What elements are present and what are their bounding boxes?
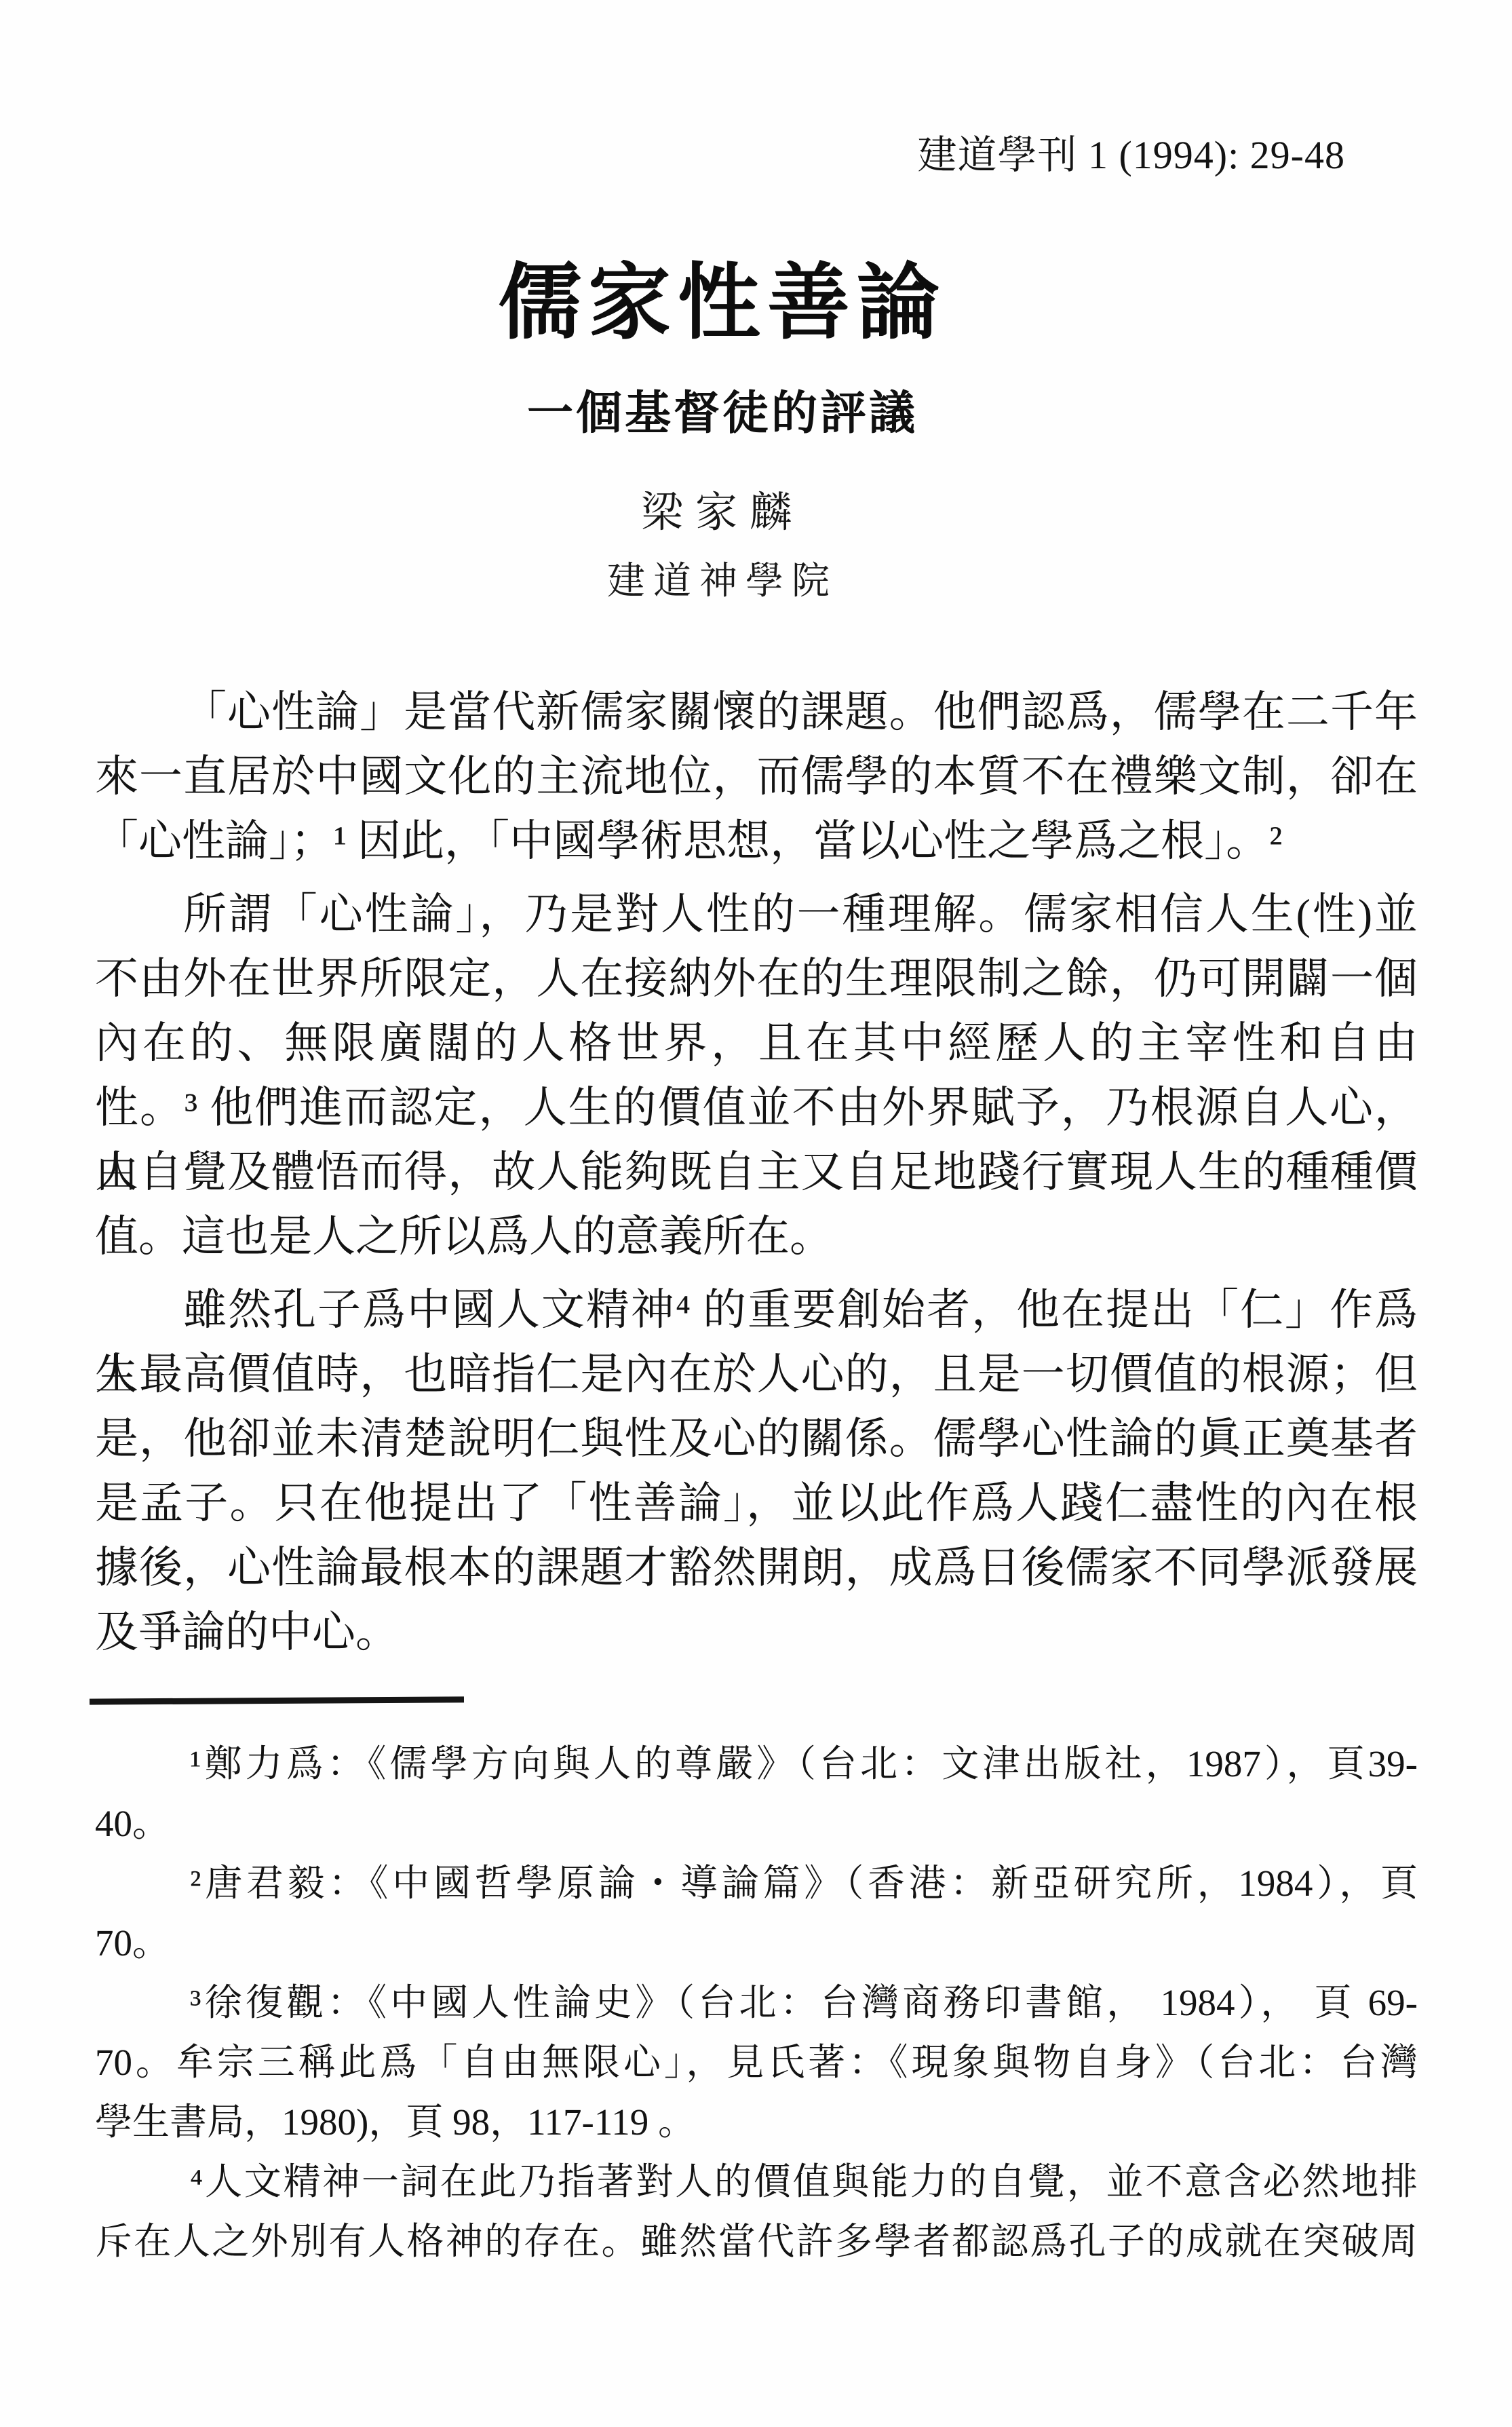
- scanned-page: 建道學刊 1 (1994): 29-48 儒家性善論 一個基督徒的評議 梁家麟 …: [0, 0, 1512, 2427]
- footnotes-block: ¹鄭力爲：《儒學方向與人的尊嚴》（台北：文津出版社，1987），頁39- 40。…: [95, 1734, 1418, 2272]
- footnote-line: 70。牟宗三稱此爲「自由無限心」，見氏著：《現象與物自身》（台北：台灣: [95, 2033, 1418, 2092]
- paragraph-line: 及爭論的中心。: [95, 1600, 1418, 1664]
- footnote-line: 40。: [95, 1794, 1418, 1854]
- paragraph-line: 不由外在世界所限定，人在接納外在的生理限制之餘，仍可開闢一個: [95, 947, 1418, 1011]
- footnote-line: 學生書局，1980)，頁 98，117-119 。: [95, 2092, 1418, 2152]
- paragraph-line: 人自覺及體悟而得，故人能夠既自主又自足地踐行實現人生的種種價: [95, 1140, 1418, 1204]
- article-title: 儒家性善論: [61, 248, 1384, 357]
- paragraph-line: 雖然孔子爲中國人文精神⁴ 的重要創始者，他在提出「仁」作爲人: [95, 1278, 1418, 1342]
- footnote-line: 斥在人之外別有人格神的存在。雖然當代許多學者都認爲孔子的成就在突破周: [95, 2212, 1418, 2272]
- footnote-line: 70。: [95, 1913, 1418, 1973]
- journal-citation: 建道學刊 1 (1994): 29-48: [917, 133, 1345, 178]
- footnote-line: ³徐復觀：《中國人性論史》（台北：台灣商務印書館， 1984）， 頁 69-: [95, 1973, 1418, 2033]
- footnote-line: ²唐君毅：《中國哲學原論・導論篇》（香港：新亞研究所，1984），頁: [95, 1854, 1418, 1913]
- paragraph-line: 內在的、無限廣闊的人格世界，且在其中經歷人的主宰性和自由: [95, 1011, 1418, 1075]
- body-paragraph: 雖然孔子爲中國人文精神⁴ 的重要創始者，他在提出「仁」作爲人 生最高價值時，也暗…: [95, 1278, 1418, 1664]
- paragraph-line: 值。這也是人之所以爲人的意義所在。: [95, 1204, 1418, 1269]
- paragraph-line: 是孟子。只在他提出了「性善論」，並以此作爲人踐仁盡性的內在根: [95, 1471, 1418, 1535]
- footnote-separator: [90, 1696, 464, 1704]
- body-paragraph: 「心性論」是當代新儒家關懷的課題。他們認爲，儒學在二千年 來一直居於中國文化的主…: [95, 680, 1418, 873]
- article-body: 「心性論」是當代新儒家關懷的課題。他們認爲，儒學在二千年 來一直居於中國文化的主…: [95, 680, 1418, 1664]
- footnote-line: ¹鄭力爲：《儒學方向與人的尊嚴》（台北：文津出版社，1987），頁39-: [95, 1734, 1418, 1794]
- author-affiliation: 建道神學院: [61, 555, 1384, 608]
- paragraph-line: 性。³ 他們進而認定，人生的價值並不由外界賦予，乃根源自人心，由: [95, 1075, 1418, 1140]
- body-paragraph: 所謂「心性論」，乃是對人性的一種理解。儒家相信人生(性)並 不由外在世界所限定，…: [95, 882, 1418, 1269]
- paragraph-line: 「心性論」；¹ 因此，「中國學術思想，當以心性之學爲之根」。²: [95, 809, 1418, 873]
- paragraph-line: 所謂「心性論」，乃是對人性的一種理解。儒家相信人生(性)並: [95, 882, 1418, 947]
- paragraph-line: 是，他卻並未清楚說明仁與性及心的關係。儒學心性論的眞正奠基者: [95, 1407, 1418, 1471]
- paragraph-line: 據後，心性論最根本的課題才豁然開朗，成爲日後儒家不同學派發展: [95, 1535, 1418, 1600]
- article-subtitle: 一個基督徒的評議: [61, 383, 1384, 444]
- paragraph-line: 「心性論」是當代新儒家關懷的課題。他們認爲，儒學在二千年: [95, 680, 1418, 744]
- paragraph-line: 來一直居於中國文化的主流地位，而儒學的本質不在禮樂文制，卻在: [95, 744, 1418, 809]
- paragraph-line: 生最高價值時，也暗指仁是內在於人心的，且是一切價值的根源；但: [95, 1342, 1418, 1407]
- footnote-line: ⁴人文精神一詞在此乃指著對人的價值與能力的自覺，並不意含必然地排: [95, 2152, 1418, 2212]
- author-name: 梁家麟: [61, 484, 1384, 541]
